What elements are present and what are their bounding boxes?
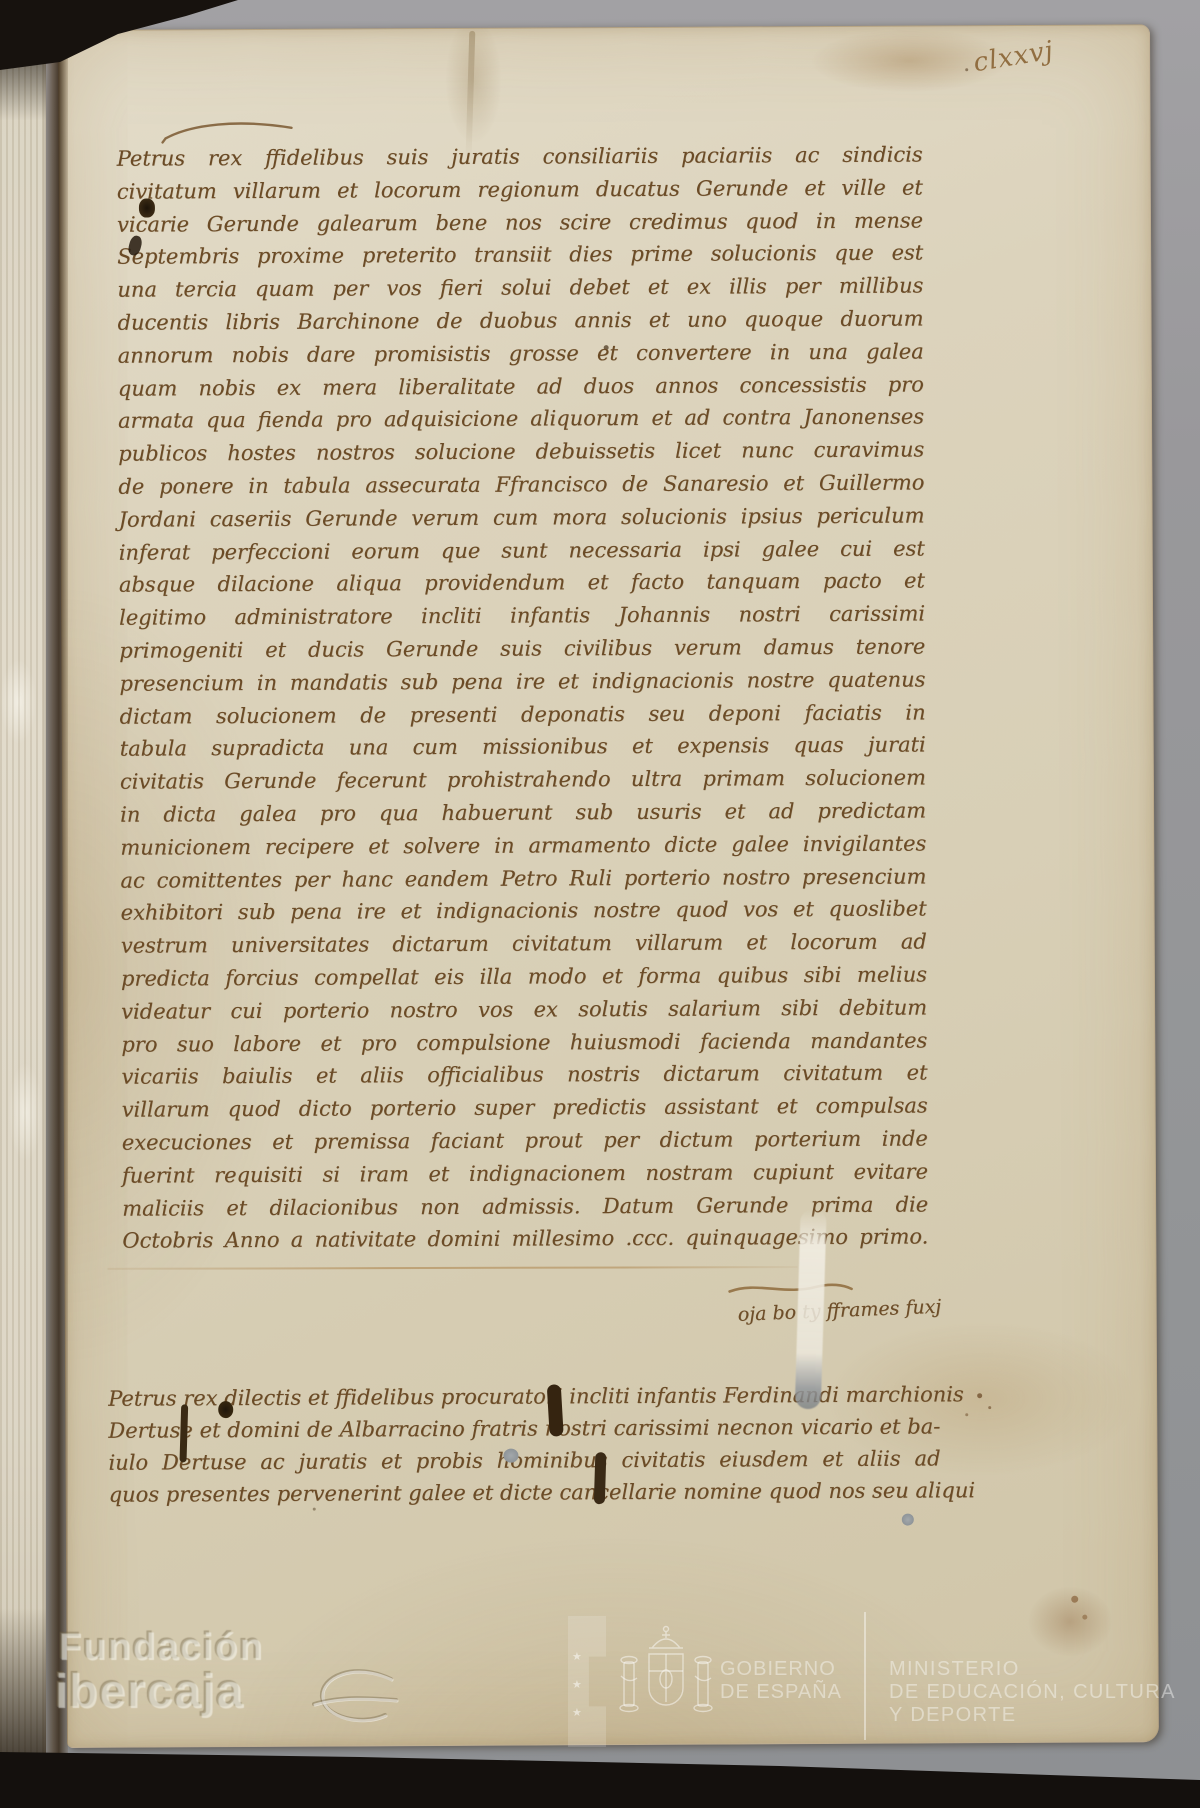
manuscript-text-line: Jordani caseriis Gerunde verum cum mora … (118, 499, 924, 536)
manuscript-text-line: vicarie Gerunde galearum bene nos scire … (117, 204, 923, 241)
manuscript-text-line: predicta forcius compellat eis illa modo… (121, 958, 927, 995)
stain-line (107, 1266, 797, 1270)
manuscript-text-line: Petrus rex ffidelibus suis juratis consi… (117, 138, 923, 175)
manuscript-text-line: fuerint requisiti si iram et indignacion… (122, 1155, 928, 1192)
folio-number: clxxvj (971, 36, 1056, 79)
manuscript-text-line: vestrum universitates dictarum civitatum… (121, 926, 927, 963)
paper-repair-spot (902, 1514, 914, 1526)
manuscript-text-line: ac comittentes per hanc eandem Petro Rul… (120, 860, 926, 897)
manuscript-text-line: vicariis baiulis et aliis officialibus n… (121, 1057, 927, 1094)
manuscript-text-line: civitatum villarum et locorum regionum d… (117, 171, 923, 208)
manuscript-text-line: quos presentes pervenerint galee et dict… (109, 1474, 941, 1510)
archive-scan: clxxvj Petrus rex ffidelibus suis jurati… (0, 0, 1200, 1808)
manuscript-text-line: inferat perfeccioni eorum que sunt neces… (119, 532, 925, 569)
manuscript-text-line: publicos hostes nostros solucione debuis… (118, 434, 924, 471)
letter-1-text: Petrus rex ffidelibus suis juratis consi… (117, 138, 929, 1257)
manuscript-text-line: presencium in mandatis sub pena ire et i… (119, 663, 925, 700)
manuscript-page: clxxvj Petrus rex ffidelibus suis jurati… (58, 24, 1159, 1748)
ink-blot (594, 1452, 607, 1504)
book-binding-bottom (0, 1744, 1200, 1808)
manuscript-text-line: videatur cui porterio nostro vos ex solu… (121, 991, 927, 1028)
manuscript-text-line: una tercia quam per vos fieri solui debe… (117, 270, 923, 307)
manuscript-text-line: dictam solucionem de presenti deponatis … (120, 696, 926, 733)
ink-hole (218, 1401, 233, 1418)
manuscript-text-line: pro suo labore et pro compulsione huiusm… (121, 1024, 927, 1061)
manuscript-text-line: tabula supradicta una cum missionibus et… (120, 729, 926, 766)
manuscript-text-line: ducentis libris Barchinone de duobus ann… (117, 302, 923, 339)
paper-repair-spot (503, 1449, 518, 1463)
manuscript-text-line: villarum quod dicto porterio super predi… (122, 1090, 928, 1127)
manuscript-text-line: iulo Dertuse ac juratis et probis homini… (108, 1442, 940, 1478)
manuscript-text-line: absque dilacione aliqua providendum et f… (119, 565, 925, 602)
previous-folio-edge (0, 52, 46, 1762)
manuscript-text-line: quam nobis ex mera liberalitate ad duos … (118, 368, 924, 405)
manuscript-text-line: de ponere in tabula assecurata Ffrancisc… (118, 466, 924, 503)
manuscript-text-line: Septembris proxime preterito transiit di… (117, 237, 923, 274)
manuscript-text-line: annorum nobis dare promisistis grosse et… (118, 335, 924, 372)
manuscript-text-line: execuciones et premissa faciant prout pe… (122, 1122, 928, 1159)
manuscript-text-line: civitatis Gerunde fecerunt prohistrahend… (120, 762, 926, 799)
gutter-shadow (42, 48, 68, 1753)
manuscript-text-line: in dicta galea pro qua habuerunt sub usu… (120, 794, 926, 831)
manuscript-text-line: Dertuse et domini de Albarracino fratris… (108, 1410, 940, 1446)
manuscript-text-line: armata qua fienda pro adquisicione aliqu… (118, 401, 924, 438)
manuscript-text-line: legitimo administratore incliti infantis… (119, 598, 925, 635)
date-flourish-icon (726, 1277, 856, 1300)
manuscript-text-line: municionem recipere et solvere in armame… (120, 827, 926, 864)
ink-blot (139, 198, 155, 217)
manuscript-text-line: primogeniti et ducis Gerunde suis civili… (119, 630, 925, 667)
ink-blot (547, 1384, 564, 1437)
manuscript-text-line: exhibitori sub pena ire et indignacionis… (121, 893, 927, 930)
